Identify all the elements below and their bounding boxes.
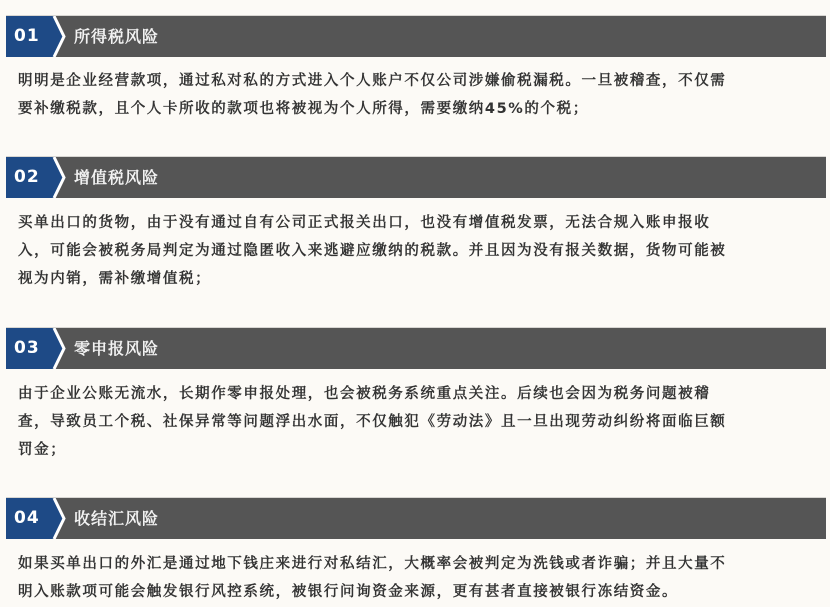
section-number: 01 xyxy=(14,16,40,57)
section-body: 明明是企业经营款项，通过私对私的方式进入个人账户不仅公司涉嫌偷税漏税。一旦被稽查… xyxy=(18,67,814,123)
number-badge: 01 xyxy=(6,16,66,57)
section-header: 04 收结汇风险 xyxy=(6,497,826,539)
section-header: 01 所得税风险 xyxy=(6,15,826,57)
body-line: 由于企业公账无流水，长期作零申报处理，也会被税务系统重点关注。后续也会因为税务问… xyxy=(18,380,814,408)
section-body: 如果买单出口的外汇是通过地下钱庄来进行对私结汇，大概率会被判定为洗钱或者诈骗；并… xyxy=(18,550,814,606)
body-line: 罚金； xyxy=(18,436,814,464)
body-line: 明入账款项可能会触发银行风控系统，被银行问询资金来源，更有甚者直接被银行冻结资金… xyxy=(18,578,814,606)
section-body: 由于企业公账无流水，长期作零申报处理，也会被税务系统重点关注。后续也会因为税务问… xyxy=(18,380,814,464)
body-line: 查，导致员工个税、社保异常等问题浮出水面，不仅触犯《劳动法》且一旦出现劳动纠纷将… xyxy=(18,408,814,436)
body-line: 买单出口的货物，由于没有通过自有公司正式报关出口，也没有增值税发票，无法合规入账… xyxy=(18,209,814,237)
section-title: 收结汇风险 xyxy=(74,498,159,539)
body-line: 明明是企业经营款项，通过私对私的方式进入个人账户不仅公司涉嫌偷税漏税。一旦被稽查… xyxy=(18,67,814,95)
section-body: 买单出口的货物，由于没有通过自有公司正式报关出口，也没有增值税发票，无法合规入账… xyxy=(18,209,814,293)
section-header: 02 增值税风险 xyxy=(6,156,826,198)
section-number: 03 xyxy=(14,328,40,369)
section-header: 03 零申报风险 xyxy=(6,327,826,369)
body-line: 要补缴税款，且个人卡所收的款项也将被视为个人所得，需要缴纳45%的个税； xyxy=(18,95,814,123)
section-title: 零申报风险 xyxy=(74,328,159,369)
number-badge: 02 xyxy=(6,157,66,198)
number-badge: 03 xyxy=(6,328,66,369)
number-badge: 04 xyxy=(6,498,66,539)
body-line: 如果买单出口的外汇是通过地下钱庄来进行对私结汇，大概率会被判定为洗钱或者诈骗；并… xyxy=(18,550,814,578)
body-line: 入，可能会被税务局判定为通过隐匿收入来逃避应缴纳的税款。并且因为没有报关数据，货… xyxy=(18,237,814,265)
section-title: 增值税风险 xyxy=(74,157,159,198)
body-line: 视为内销，需补缴增值税； xyxy=(18,265,814,293)
section-title: 所得税风险 xyxy=(74,16,159,57)
section-number: 02 xyxy=(14,157,40,198)
section-number: 04 xyxy=(14,498,40,539)
